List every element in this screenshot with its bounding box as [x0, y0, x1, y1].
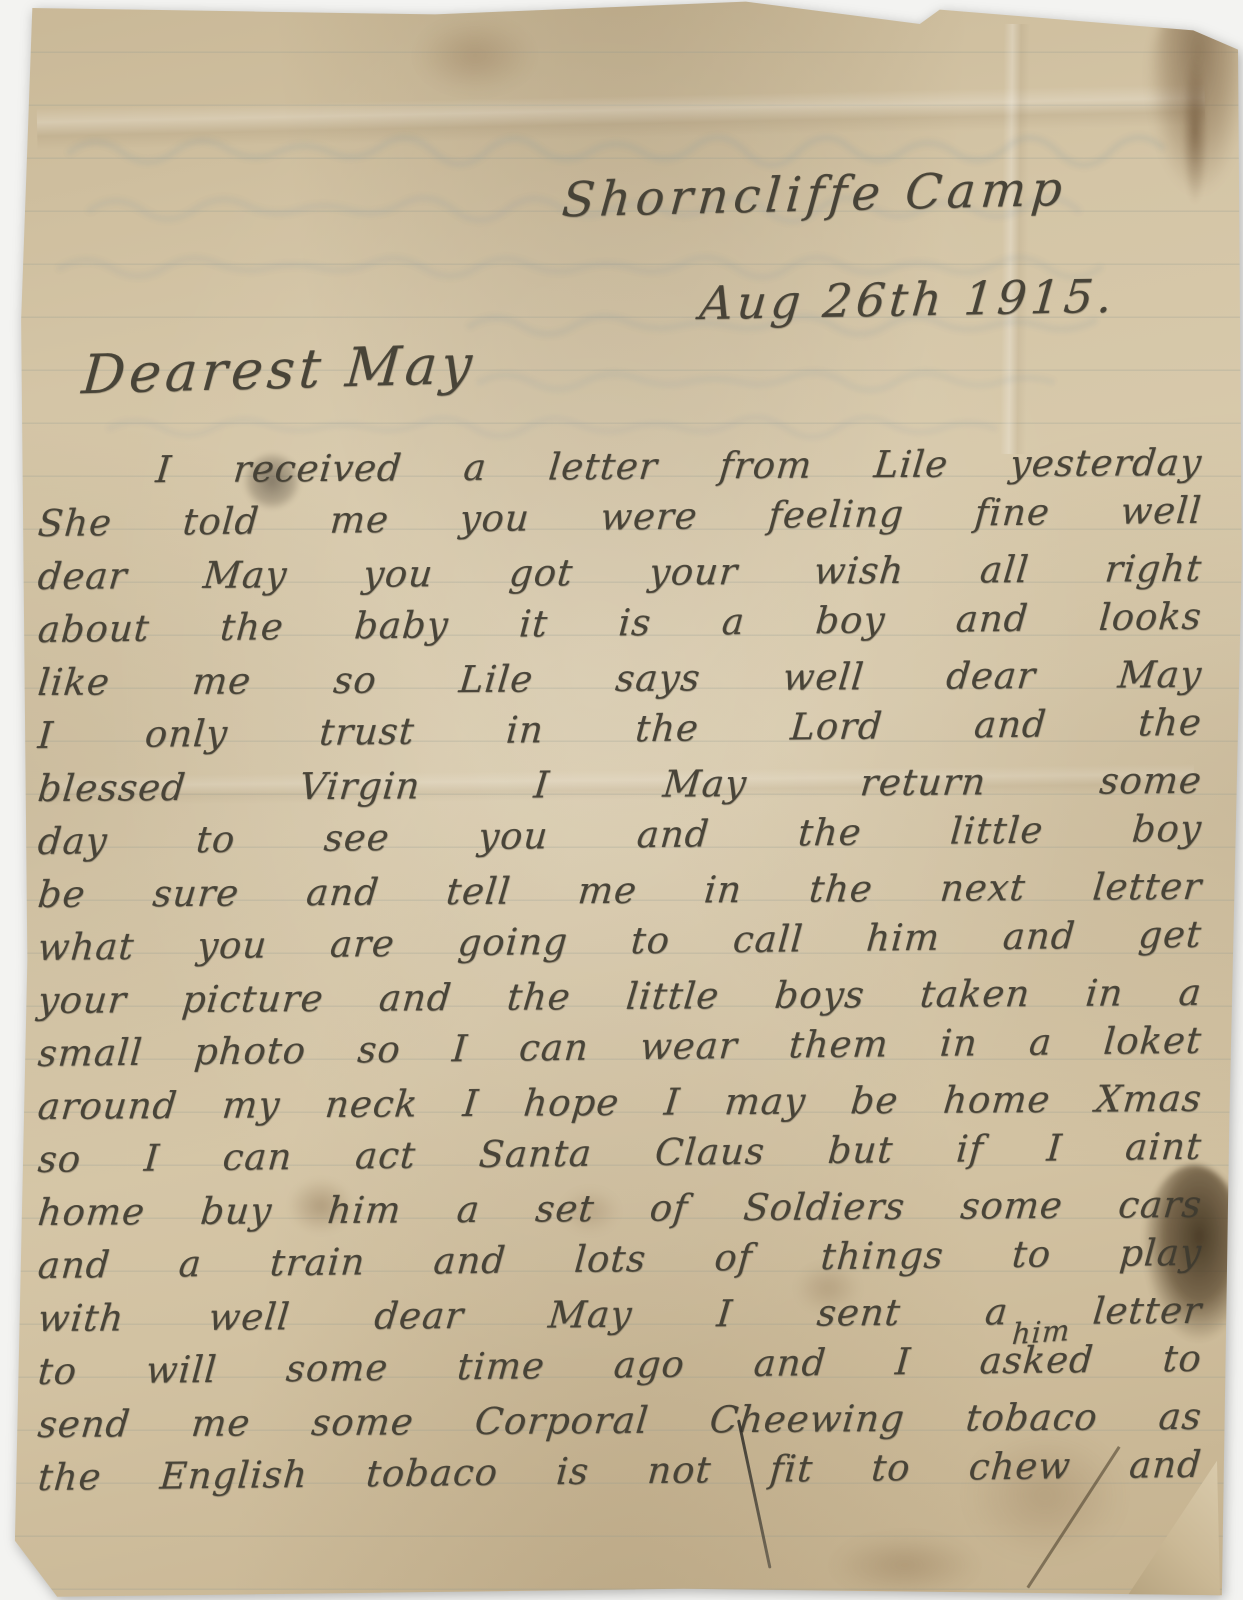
letter-scan: Shorncliffe Camp Aug 26th 1915. Dearest … [0, 0, 1243, 1600]
stain [415, 18, 535, 93]
letter-salutation: Dearest May [80, 333, 479, 406]
inserted-word: him [1011, 1313, 1072, 1351]
paper-shadow: Shorncliffe Camp Aug 26th 1915. Dearest … [0, 0, 1243, 1600]
letter-paper: Shorncliffe Camp Aug 26th 1915. Dearest … [0, 0, 1243, 1600]
letter-date: Aug 26th 1915. [698, 268, 1173, 330]
stain-drip [1182, 55, 1208, 205]
stain [830, 1535, 980, 1595]
